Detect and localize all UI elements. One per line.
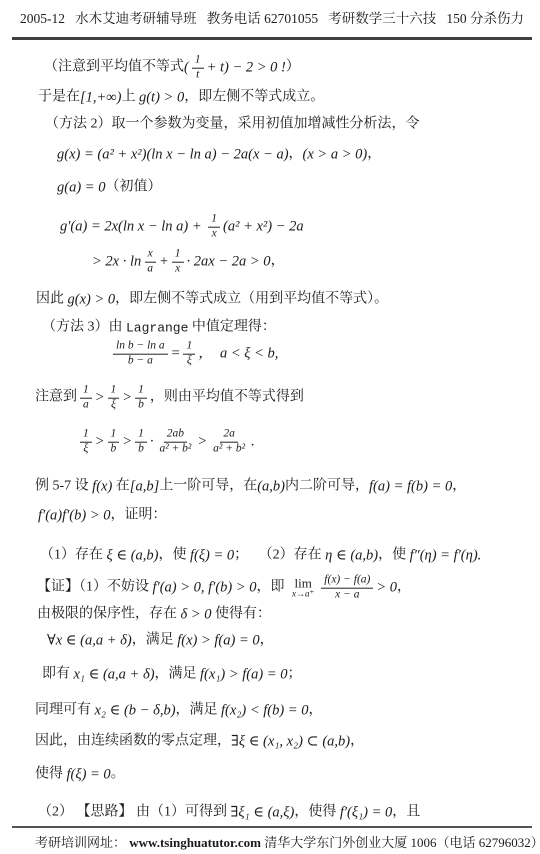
fraction-numerator: 1 <box>192 54 204 69</box>
math-run: g(t) > 0 <box>139 89 184 106</box>
math-run: + <box>159 253 169 270</box>
fraction-denominator: ξ <box>108 399 119 413</box>
fraction-numerator: ln b − ln a <box>113 340 168 355</box>
document-body: （注意到平均值不等式(1t+ t) − 2 > 0 !）于是在[1,+∞)上 g… <box>0 0 540 854</box>
math-run: > <box>197 433 207 450</box>
fraction-numerator: 1 <box>172 248 184 263</box>
fraction-denominator: b <box>108 443 120 457</box>
math-run: [1,+∞) <box>80 89 121 106</box>
fraction: ln b − ln ab − a <box>113 340 168 369</box>
math-run: ∃ξ ∈ (x₁, x₂) ⊂ (a,b) <box>231 733 350 750</box>
text-run: （初值） <box>105 180 161 197</box>
doc-line: g′(a) = 2x(ln x − ln a) + 1x(a² + x²) − … <box>60 213 304 242</box>
text-run: ，即左侧不等式成立。 <box>184 90 324 107</box>
fraction-numerator: f(x) − f(a) <box>321 574 373 589</box>
text-run: 上 <box>121 90 139 107</box>
fraction-numerator: 1 <box>80 384 92 399</box>
math-run: x₁ ∈ (a,a + δ) <box>74 666 155 683</box>
page-footer: 考研培训网址： www.tsinghuatutor.com 清华大学东门外创业大… <box>35 832 530 851</box>
doc-line: g(a) = 0（初值） <box>57 179 161 196</box>
text-run: 同理可有 <box>35 703 95 720</box>
doc-line: （注意到平均值不等式(1t+ t) − 2 > 0 !） <box>44 54 300 83</box>
document-page: 2005-12 水木艾迪考研辅导班 教务电话 62701055 考研数学三十六技… <box>0 0 540 854</box>
fraction-numerator: 1 <box>183 340 195 355</box>
fraction-denominator: t <box>193 69 202 83</box>
fraction: xa <box>144 248 156 277</box>
text-run: ， <box>452 479 466 496</box>
text-run: 。 <box>111 767 125 784</box>
text-run: ， <box>271 254 285 271</box>
doc-line: 于是在[1,+∞)上 g(t) > 0，即左侧不等式成立。 <box>38 89 324 106</box>
doc-line: 使得 f(ξ) = 0。 <box>35 766 125 783</box>
doc-line: ∀x ∈ (a,a + δ)，满足 f(x) > f(a) = 0， <box>47 632 274 649</box>
fraction: 1b <box>135 384 147 413</box>
text-run: ，证明： <box>111 508 167 525</box>
fraction-denominator: x <box>209 228 220 242</box>
doc-line: （1）存在 ξ ∈ (a,b)，使 f(ξ) = 0； （2）存在 η ∈ (a… <box>40 547 481 564</box>
doc-line: 例 5-7 设 f(x) 在[a,b]上一阶可导，在(a,b)内二阶可导，f(a… <box>35 478 466 495</box>
fraction-numerator: x <box>145 248 156 263</box>
fraction-denominator: a² + b² <box>156 443 194 457</box>
doc-line: 【证】（1）不妨设 f′(a) > 0, f′(b) > 0，即 limx→a⁺… <box>37 574 411 603</box>
math-run: > <box>95 433 105 450</box>
fraction-denominator: x <box>172 263 183 277</box>
text-run: ，且 <box>392 805 420 822</box>
doc-line: 由极限的保序性，存在 δ > 0 使得有： <box>37 606 271 623</box>
text-run: 即有 <box>42 667 74 684</box>
doc-line: 1ξ>1b>1b·2aba² + b²>2aa² + b². <box>77 428 255 457</box>
math-run: (a,b) <box>257 478 285 495</box>
math-run: f′(a) > 0, f′(b) > 0 <box>153 579 257 596</box>
fraction-denominator: ξ <box>80 443 91 457</box>
text-run: ； （2）存在 <box>234 548 325 565</box>
limit: limx→a⁺ <box>292 576 314 599</box>
text-run: ，即左侧不等式成立（用到平均值不等式）。 <box>115 292 388 309</box>
text-run: ，使得 <box>294 805 340 822</box>
fraction-numerator: 1 <box>108 384 120 399</box>
text-run: 中值定理得： <box>188 320 276 337</box>
fraction: 1x <box>172 248 184 277</box>
doc-line: （2） 【思路】 由（1）可得到 ∃ξ₁ ∈ (a,ξ)，使得 f′(ξ₁) =… <box>38 804 420 821</box>
fraction-numerator: 2a <box>220 428 238 443</box>
doc-line: > 2x · lnxa+1x· 2ax − 2a > 0， <box>92 248 285 277</box>
text-run: ，满足 <box>132 633 178 650</box>
fraction: 1a <box>80 384 92 413</box>
text-run: 上一阶可导，在 <box>159 479 257 496</box>
limit-subscript: x→a⁺ <box>292 590 314 599</box>
math-run: η ∈ (a,b) <box>325 547 378 564</box>
text-run: ， <box>308 703 322 720</box>
math-run: f(a) = f(b) = 0 <box>369 478 452 495</box>
math-run: > <box>122 433 132 450</box>
fraction-denominator: b <box>135 399 147 413</box>
math-run: f(x₂) < f(b) = 0 <box>221 702 308 719</box>
text-run: ， <box>289 147 303 164</box>
math-run: ξ ∈ (a,b) <box>107 547 159 564</box>
upright-run: Lagrange <box>126 320 188 336</box>
footer-site-label: 考研培训网址： <box>35 835 126 850</box>
fraction: 2aa² + b² <box>210 428 248 457</box>
text-run: 于是在 <box>38 90 80 107</box>
math-run: (a² + x²) − 2a <box>223 218 304 235</box>
footer-address: 清华大学东门外创业大厦 1006（电话 62796032） <box>264 835 540 850</box>
text-run: 使得有： <box>212 607 272 624</box>
fraction-numerator: 1 <box>135 384 147 399</box>
fraction: 1b <box>108 428 120 457</box>
footer-url[interactable]: www.tsinghuatutor.com <box>129 835 261 850</box>
text-run: ） <box>286 60 300 77</box>
footer-rule <box>12 826 532 828</box>
fraction-denominator: b <box>135 443 147 457</box>
text-run: ，使 <box>378 548 410 565</box>
math-run: ∃ξ₁ ∈ (a,ξ) <box>231 804 295 821</box>
doc-line: 注意到1a>1ξ>1b，则由平均值不等式得到 <box>35 384 304 413</box>
text-run: 因此，由连续函数的零点定理， <box>35 734 231 751</box>
fraction-numerator: 1 <box>135 428 147 443</box>
fraction-denominator: a² + b² <box>210 443 248 457</box>
fraction: 1t <box>192 54 204 83</box>
fraction-denominator: ξ <box>184 355 195 369</box>
text-run: （方法 3）由 <box>42 320 126 337</box>
doc-line: 因此，由连续函数的零点定理，∃ξ ∈ (x₁, x₂) ⊂ (a,b)， <box>35 733 364 750</box>
math-run: f′(a)f′(b) > 0 <box>38 507 111 524</box>
math-run: ( <box>184 59 189 76</box>
math-run: f′(ξ₁) = 0 <box>340 804 392 821</box>
doc-line: （方法 3）由 Lagrange 中值定理得： <box>42 320 276 337</box>
text-run: ，满足 <box>176 703 222 720</box>
fraction-numerator: 1 <box>108 428 120 443</box>
doc-line: （方法 2）取一个参数为变量，采用初值加增减性分析法，令 <box>45 117 420 134</box>
math-run: · 2ax − 2a > 0 <box>187 253 271 270</box>
text-run: （注意到平均值不等式 <box>44 60 184 77</box>
math-run: = <box>171 345 181 362</box>
doc-line: 即有 x₁ ∈ (a,a + δ)，满足 f(x₁) > f(a) = 0； <box>42 666 301 683</box>
limit-word: lim <box>295 576 312 590</box>
math-run: f(x) <box>92 478 112 495</box>
fraction: 1b <box>135 428 147 457</box>
fraction-denominator: b − a <box>125 355 156 369</box>
text-run: 因此 <box>36 292 68 309</box>
fraction: 1ξ <box>108 384 120 413</box>
fraction-denominator: x − a <box>332 589 362 603</box>
text-run: ，则由平均值不等式得到 <box>150 390 304 407</box>
fraction-denominator: a <box>144 263 156 277</box>
text-run: （方法 2）取一个参数为变量，采用初值加增减性分析法，令 <box>45 117 420 134</box>
math-run: f(x) > f(a) = 0 <box>177 632 259 649</box>
math-run: x₂ ∈ (b − δ,b) <box>95 702 176 719</box>
text-run: （2） 【思路】 由（1）可得到 <box>38 805 231 822</box>
doc-line: ln b − ln ab − a=1ξ， a < ξ < b, <box>110 340 278 369</box>
text-run: 在 <box>112 479 130 496</box>
text-run: 例 5-7 设 <box>35 479 92 496</box>
fraction-numerator: 1 <box>80 428 92 443</box>
text-run: 由极限的保序性，存在 <box>37 607 181 624</box>
text-run: 使得 <box>35 767 67 784</box>
math-run: > <box>122 389 132 406</box>
fraction: 1x <box>208 213 220 242</box>
math-run: δ > 0 <box>181 606 212 623</box>
doc-line: 因此 g(x) > 0，即左侧不等式成立（用到平均值不等式）。 <box>36 291 388 308</box>
math-run: ， a < ξ < b, <box>198 345 278 362</box>
doc-line: g(x) = (a² + x²)(ln x − ln a) − 2a(x − a… <box>57 146 381 163</box>
text-run: 内二阶可导， <box>285 479 369 496</box>
math-run: (x > a > 0) <box>303 146 368 163</box>
fraction: 2aba² + b² <box>156 428 194 457</box>
math-run: g(x) > 0 <box>68 291 116 308</box>
text-run: ，使 <box>158 548 190 565</box>
math-run: > 2x · ln <box>92 253 141 270</box>
math-run: ∀x ∈ (a,a + δ) <box>47 632 132 649</box>
text-run: ， <box>397 580 411 597</box>
math-run: g(a) = 0 <box>57 179 105 196</box>
text-run: 【证】（1）不妨设 <box>37 580 153 597</box>
math-run: f(ξ) = 0 <box>190 547 234 564</box>
fraction: 1ξ <box>80 428 92 457</box>
math-run: f(ξ) = 0 <box>67 766 111 783</box>
text-run: ； <box>287 667 301 684</box>
math-run: . <box>251 433 255 450</box>
text-run: ，即 <box>257 580 289 597</box>
fraction-numerator: 2ab <box>164 428 187 443</box>
fraction-numerator: 1 <box>208 213 220 228</box>
text-run: ，满足 <box>155 667 201 684</box>
fraction-denominator: a <box>80 399 92 413</box>
fraction: 1ξ <box>183 340 195 369</box>
text-run: ， <box>350 734 364 751</box>
math-run: f″(η) = f′(η). <box>410 547 482 564</box>
doc-line: 同理可有 x₂ ∈ (b − δ,b)，满足 f(x₂) < f(b) = 0， <box>35 702 322 719</box>
math-run: > 0 <box>376 579 397 596</box>
text-run: ， <box>367 147 381 164</box>
text-run: 注意到 <box>35 390 77 407</box>
math-run: f(x₁) > f(a) = 0 <box>200 666 287 683</box>
math-run: g′(a) = 2x(ln x − ln a) + <box>60 218 205 235</box>
fraction: f(x) − f(a)x − a <box>321 574 373 603</box>
text-run: ， <box>260 633 274 650</box>
math-run: + t) − 2 > 0 ! <box>207 59 286 76</box>
doc-line: f′(a)f′(b) > 0，证明： <box>38 507 167 524</box>
math-run: > <box>95 389 105 406</box>
math-run: · <box>150 433 154 450</box>
math-run: [a,b] <box>130 478 159 495</box>
math-run: g(x) = (a² + x²)(ln x − ln a) − 2a(x − a… <box>57 146 289 163</box>
text-run: （1）存在 <box>40 548 107 565</box>
